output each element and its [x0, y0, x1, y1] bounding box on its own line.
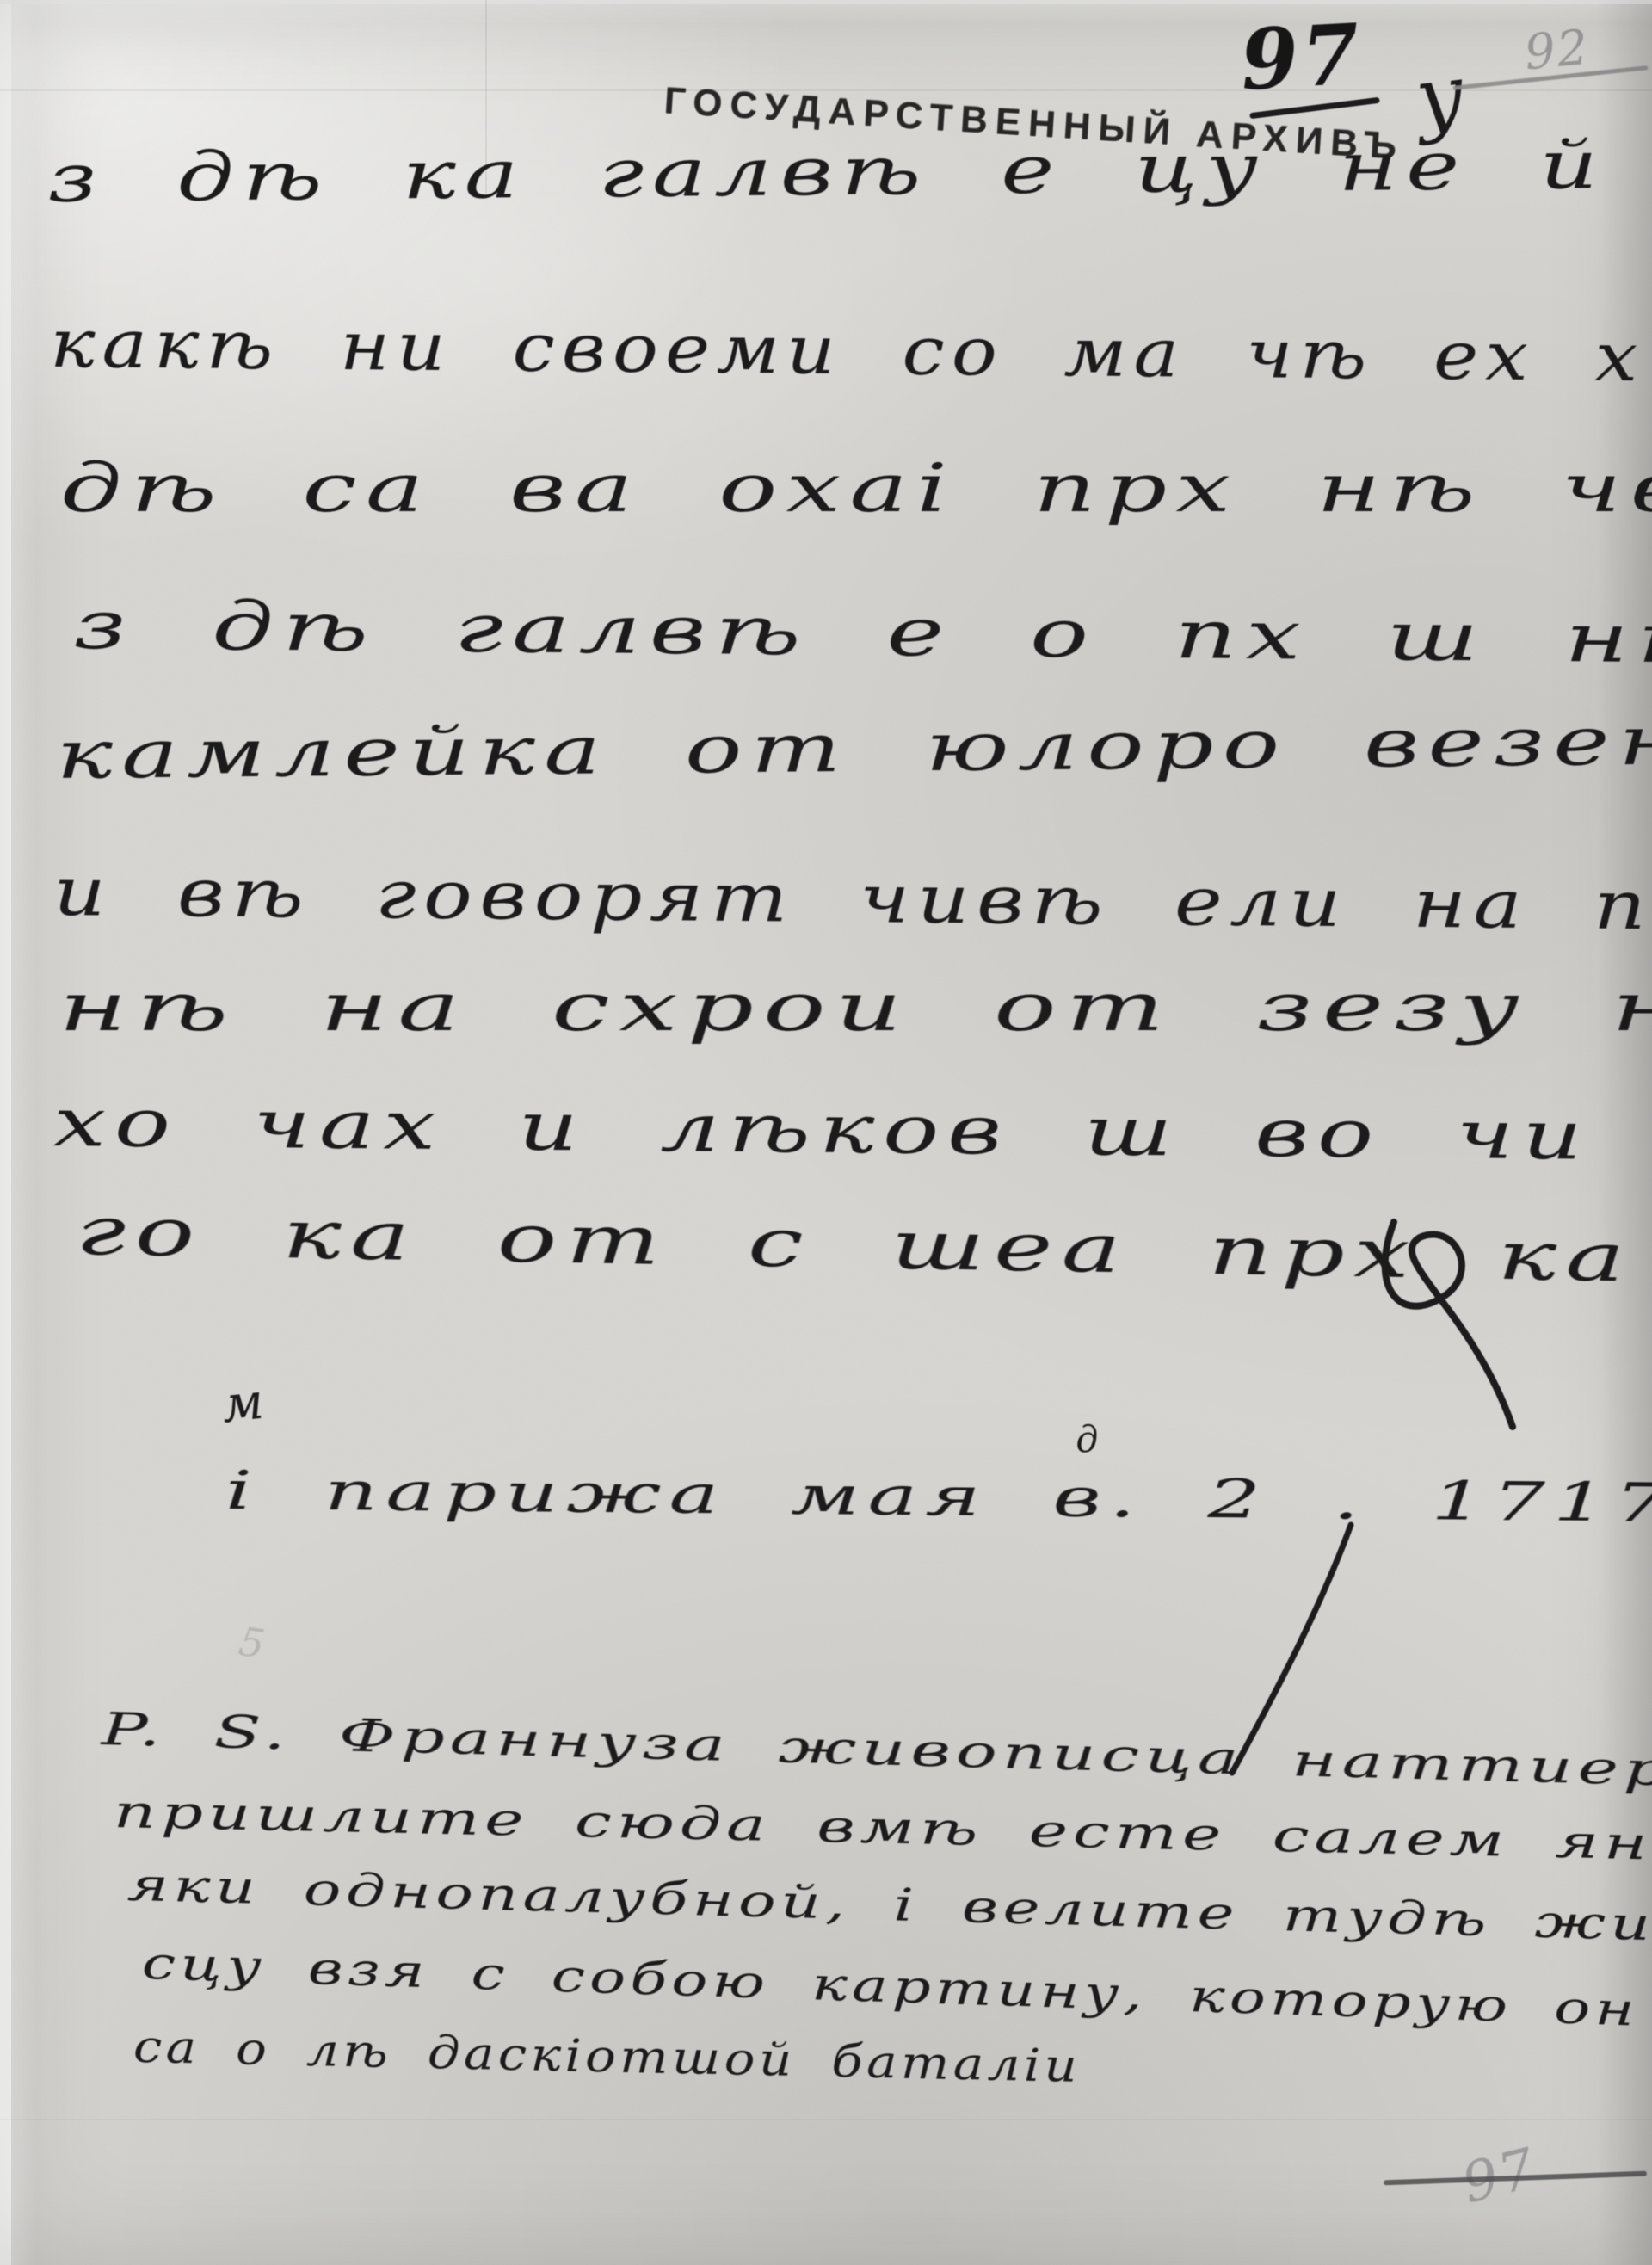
postscript-line-3: яки однопалубной, і велите тудѣ живопи	[126, 1860, 1652, 1956]
handwriting-line-6: и вѣ говорят чивѣ ели на поло	[53, 854, 1652, 947]
manuscript-photo-page: ГОСУДАРСТВЕННЫЙ АРХИВЪ 97 у 92 з дѣ ка г…	[0, 0, 1652, 2265]
postscript-line-2: пришлите сюда вмѣ есте салем янннию	[113, 1787, 1652, 1874]
crease-line	[0, 2119, 1652, 2120]
postscript-line-5: са о лѣ даскіотшой баталіи	[133, 2021, 1082, 2093]
folio-number-ink: 97	[1238, 5, 1365, 108]
pencil-mark-above-postscript: 5	[236, 1618, 268, 1668]
date-line: і парижа мая в. 2 . 1717 Пітр	[225, 1459, 1652, 1537]
handwriting-line-8: хо чах и лѣков ш во чи свое	[53, 1084, 1652, 1178]
handwriting-line-3: дѣ са ва охаі прх нѣ чвынѣ	[60, 450, 1652, 528]
day-superscript-mark: д	[1074, 1417, 1100, 1461]
handwriting-line-4: з дѣ галвѣ е о пх ш нюнѣ	[73, 587, 1652, 681]
photo-edge-top	[0, 0, 1652, 4]
handwriting-line-2: какѣ ни своеми со ма чѣ ех х ню	[50, 305, 1652, 398]
handwriting-line-7: нѣ на схрои от зезу нѣе	[59, 969, 1652, 1046]
handwriting-line-1: з дѣ ка галвѣ е цу не й ны	[47, 125, 1652, 218]
postscript-line-1: P. S. Франнуза живописца наттиера	[101, 1704, 1652, 1798]
photo-edge-left	[0, 0, 11, 2265]
superscript-mark-m: м	[219, 1372, 267, 1435]
postscript-line-4: сцу взя с собою картину, которую он пи	[141, 1938, 1652, 2040]
handwriting-line-5: камлейка от юлоро везенѣ	[56, 701, 1652, 794]
handwriting-line-9: го ка от с шеа прх ка ежи	[75, 1193, 1652, 1304]
